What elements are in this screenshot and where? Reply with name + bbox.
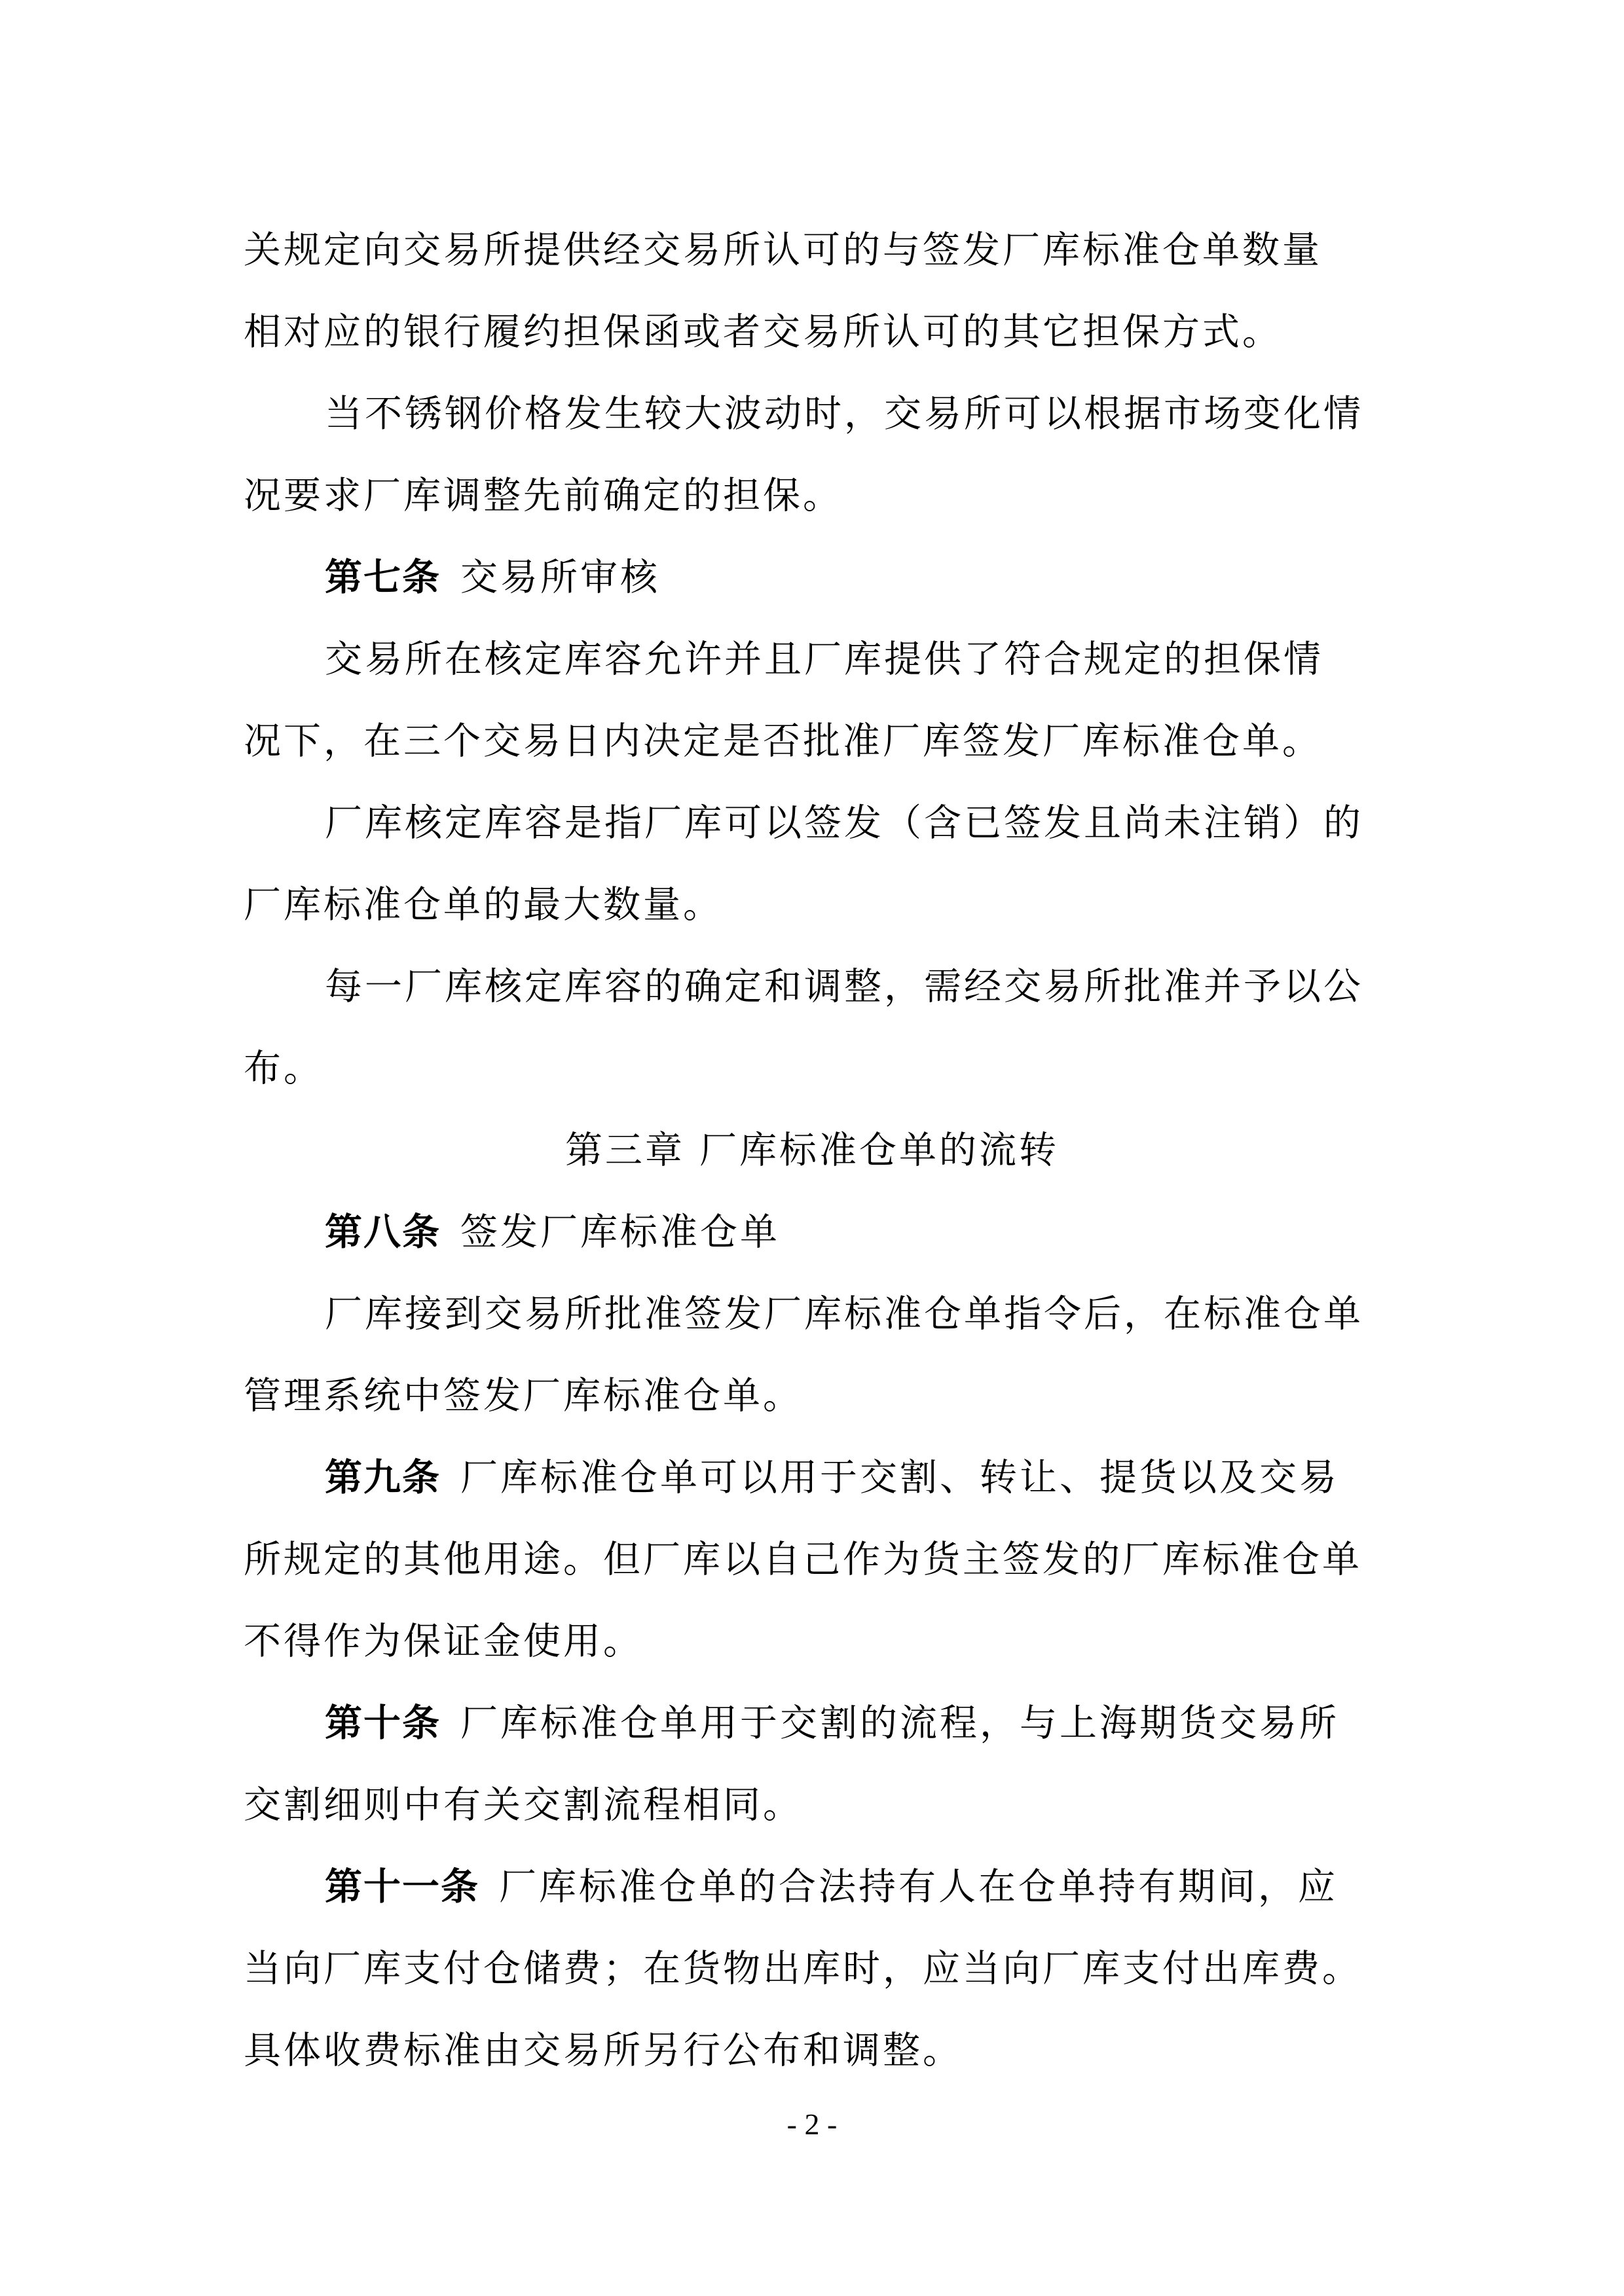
paragraph-line: 关规定向交易所提供经交易所认可的与签发厂库标准仓单数量 <box>244 217 1396 283</box>
article-11-line: 第十一条厂库标准仓单的合法持有人在仓单持有期间，应 <box>325 1854 1477 1920</box>
article-10-line: 第十条厂库标准仓单用于交割的流程，与上海期货交易所 <box>325 1690 1477 1756</box>
paragraph-line: 相对应的银行履约担保函或者交易所认可的其它担保方式。 <box>244 299 1396 365</box>
page-number: - 2 - <box>0 2098 1624 2151</box>
article-number: 第八条 <box>325 1211 441 1254</box>
paragraph-line: 交割细则中有关交割流程相同。 <box>244 1772 1396 1838</box>
paragraph-line: 厂库核定库容是指厂库可以签发（含已签发且尚未注销）的 <box>325 790 1477 856</box>
article-number: 第十一条 <box>325 1865 479 1908</box>
article-number: 第九条 <box>325 1456 441 1499</box>
article-7-title: 第七条交易所审核 <box>325 545 1477 610</box>
article-title: 签发厂库标准仓单 <box>460 1211 780 1254</box>
paragraph-line: 厂库标准仓单的最大数量。 <box>244 872 1396 938</box>
article-number: 第七条 <box>325 556 441 599</box>
paragraph-line: 每一厂库核定库容的确定和调整，需经交易所批准并予以公 <box>325 954 1477 1019</box>
paragraph-line: 布。 <box>244 1036 1396 1101</box>
paragraph-line: 况下，在三个交易日内决定是否批准厂库签发厂库标准仓单。 <box>244 708 1396 774</box>
paragraph-line: 况要求厂库调整先前确定的担保。 <box>244 463 1396 528</box>
paragraph-line: 厂库接到交易所批准签发厂库标准仓单指令后，在标准仓单 <box>325 1281 1477 1347</box>
paragraph-line: 不得作为保证金使用。 <box>244 1609 1396 1674</box>
document-page: 关规定向交易所提供经交易所认可的与签发厂库标准仓单数量 相对应的银行履约担保函或… <box>0 0 1624 2296</box>
chapter-heading: 第三章 厂库标准仓单的流转 <box>0 1118 1624 1183</box>
article-number: 第十条 <box>325 1702 441 1745</box>
paragraph-line: 具体收费标准由交易所另行公布和调整。 <box>244 2018 1396 2083</box>
article-title: 交易所审核 <box>460 556 660 599</box>
article-text: 厂库标准仓单用于交割的流程，与上海期货交易所 <box>460 1702 1339 1745</box>
article-text: 厂库标准仓单的合法持有人在仓单持有期间，应 <box>499 1865 1338 1908</box>
paragraph-line: 当向厂库支付仓储费；在货物出库时，应当向厂库支付出库费。 <box>244 1936 1396 2001</box>
article-text: 厂库标准仓单可以用于交割、转让、提货以及交易 <box>460 1456 1339 1499</box>
paragraph-line: 交易所在核定库容允许并且厂库提供了符合规定的担保情 <box>325 627 1477 692</box>
article-9-line: 第九条厂库标准仓单可以用于交割、转让、提货以及交易 <box>325 1445 1477 1510</box>
paragraph-line: 所规定的其他用途。但厂库以自己作为货主签发的厂库标准仓单 <box>244 1527 1396 1592</box>
article-8-title: 第八条签发厂库标准仓单 <box>325 1199 1477 1265</box>
paragraph-line: 当不锈钢价格发生较大波动时，交易所可以根据市场变化情 <box>325 381 1477 446</box>
paragraph-line: 管理系统中签发厂库标准仓单。 <box>244 1363 1396 1429</box>
